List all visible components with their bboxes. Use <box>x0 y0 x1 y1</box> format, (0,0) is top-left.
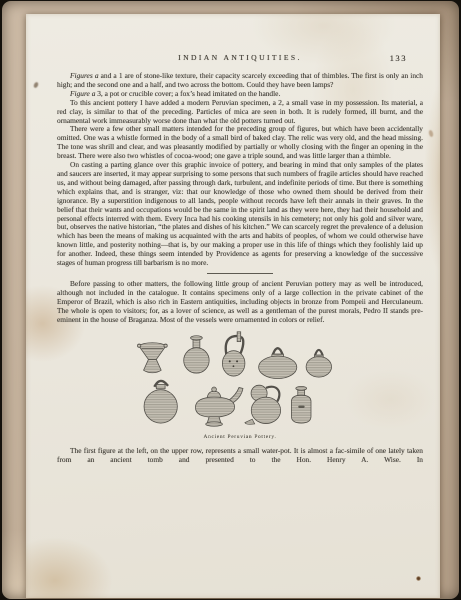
paragraph-whistles: There were a few other small matters int… <box>57 125 423 161</box>
paragraph-text: and a 1 are of stone-like texture, their… <box>57 71 423 89</box>
vessel-round-jar <box>144 381 177 423</box>
running-title: INDIAN ANTIQUITIES. <box>57 53 423 62</box>
vessel-stirrup-spout <box>222 332 245 376</box>
page-paper: INDIAN ANTIQUITIES. 133 Figures a and a … <box>26 14 440 598</box>
paragraph-text: To this ancient pottery I have added a m… <box>57 98 423 125</box>
text-block: Figures a and a 1 are of stone-like text… <box>57 72 423 465</box>
vessel-figure-shaped <box>244 386 280 425</box>
paragraph-brazil-collection: Before passing to other matters, the fol… <box>57 280 423 325</box>
paragraph-water-pot-facsimile: The first figure at the left, on the upp… <box>57 447 423 465</box>
page-header: INDIAN ANTIQUITIES. 133 <box>57 53 423 65</box>
paragraph-text: On casting a parting glance over this gr… <box>57 160 423 267</box>
foxing-speck <box>33 81 39 88</box>
vessel-water-pot <box>137 343 167 373</box>
paragraph-text: The first figure at the left, on the upp… <box>57 446 423 464</box>
paragraph-parting-glance: On casting a parting glance over this gr… <box>57 161 423 268</box>
paragraph-text: 3, a pot or crucible cover; a fox’s head… <box>95 89 280 98</box>
book-matte: INDIAN ANTIQUITIES. 133 Figures a and a … <box>2 1 459 599</box>
paragraph-text: Before passing to other matters, the fol… <box>57 279 423 324</box>
pottery-engraving <box>123 331 358 429</box>
paragraph-figures-a-a1: Figures a and a 1 are of stone-like text… <box>57 72 423 90</box>
illustration-caption: Ancient Peruvian Pottery. <box>57 433 423 442</box>
vessel-small-jug <box>291 387 311 424</box>
section-divider <box>207 273 273 274</box>
vessel-handled-pot-large <box>258 349 296 379</box>
vessel-lamp-shaped <box>195 388 242 427</box>
page-number: 133 <box>390 53 407 63</box>
paragraph-text: There were a few other small matters int… <box>57 124 423 160</box>
figure-reference: Figure a <box>70 89 95 98</box>
paragraph-modern-specimen: To this ancient pottery I have added a m… <box>57 99 423 126</box>
foxing-speck <box>416 576 421 581</box>
figure-reference: Figures a <box>70 71 99 80</box>
vessel-round-bottle <box>183 336 208 373</box>
vessel-handled-pot-small <box>306 350 331 377</box>
foxing-speck <box>428 130 434 138</box>
pottery-illustration: Ancient Peruvian Pottery. <box>57 331 423 442</box>
